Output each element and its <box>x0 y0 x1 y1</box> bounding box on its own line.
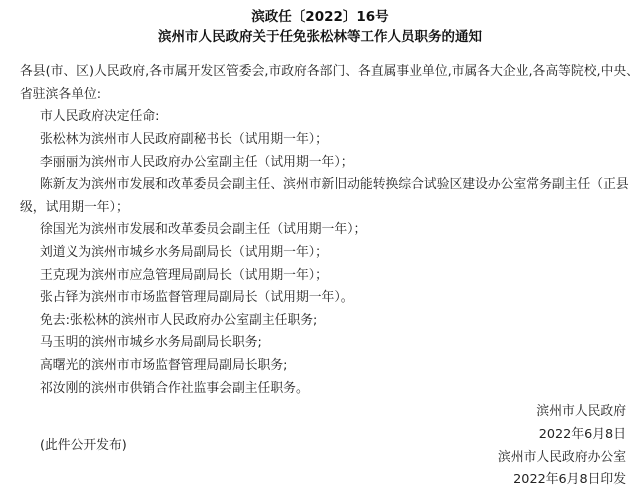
signature-issuer: 滨州市人民政府 <box>536 403 626 421</box>
document-page: 滨政任〔2022〕16号 滨州市人民政府关于任免张松林等工作人员职务的通知 各县… <box>0 0 640 491</box>
appointment-item: 徐国光为滨州市发展和改革委员会副主任（试用期一年）； <box>40 221 366 239</box>
appointment-item: 李丽丽为滨州市人民政府办公室副主任（试用期一年）； <box>40 154 354 172</box>
appointment-item-continued: 级，试用期一年）； <box>20 199 129 217</box>
doc-title: 滨州市人民政府关于任免张松林等工作人员职务的通知 <box>0 25 640 45</box>
signature-date: 2022年6月8日 <box>539 426 626 444</box>
addressee-line-2: 省驻滨各单位: <box>20 86 101 104</box>
appointment-item: 张松林为滨州市人民政府副秘书长（试用期一年）； <box>40 131 328 149</box>
appointment-intro: 市人民政府决定任命: <box>40 108 159 126</box>
publication-note: (此件公开发布) <box>40 437 127 455</box>
appointment-item: 陈新友为滨州市发展和改革委员会副主任、滨州市新旧动能转换综合试验区建设办公室常务… <box>40 176 629 194</box>
appointment-item: 张占铎为滨州市市场监督管理局副局长（试用期一年）。 <box>40 289 354 307</box>
removal-item: 祁汝刚的滨州市供销合作社监事会副主任职务。 <box>40 380 309 398</box>
removal-item: 马玉明的滨州市城乡水务局副局长职务; <box>40 334 262 352</box>
addressee-line-1: 各县(市、区)人民政府,各市属开发区管委会,市政府各部门、各直属事业单位,市属各… <box>20 63 639 81</box>
appointment-item: 王克现为滨州市应急管理局副局长（试用期一年）； <box>40 267 328 285</box>
footer-office: 滨州市人民政府办公室 <box>498 449 626 467</box>
removal-item: 免去:张松林的滨州市人民政府办公室副主任职务; <box>40 312 317 330</box>
doc-number: 滨政任〔2022〕16号 <box>0 5 640 25</box>
footer-print-date: 2022年6月8日印发 <box>513 471 626 489</box>
appointment-item: 刘道义为滨州市城乡水务局副局长（试用期一年）； <box>40 244 328 262</box>
removal-item: 高曙光的滨州市市场监督管理局副局长职务; <box>40 357 287 375</box>
